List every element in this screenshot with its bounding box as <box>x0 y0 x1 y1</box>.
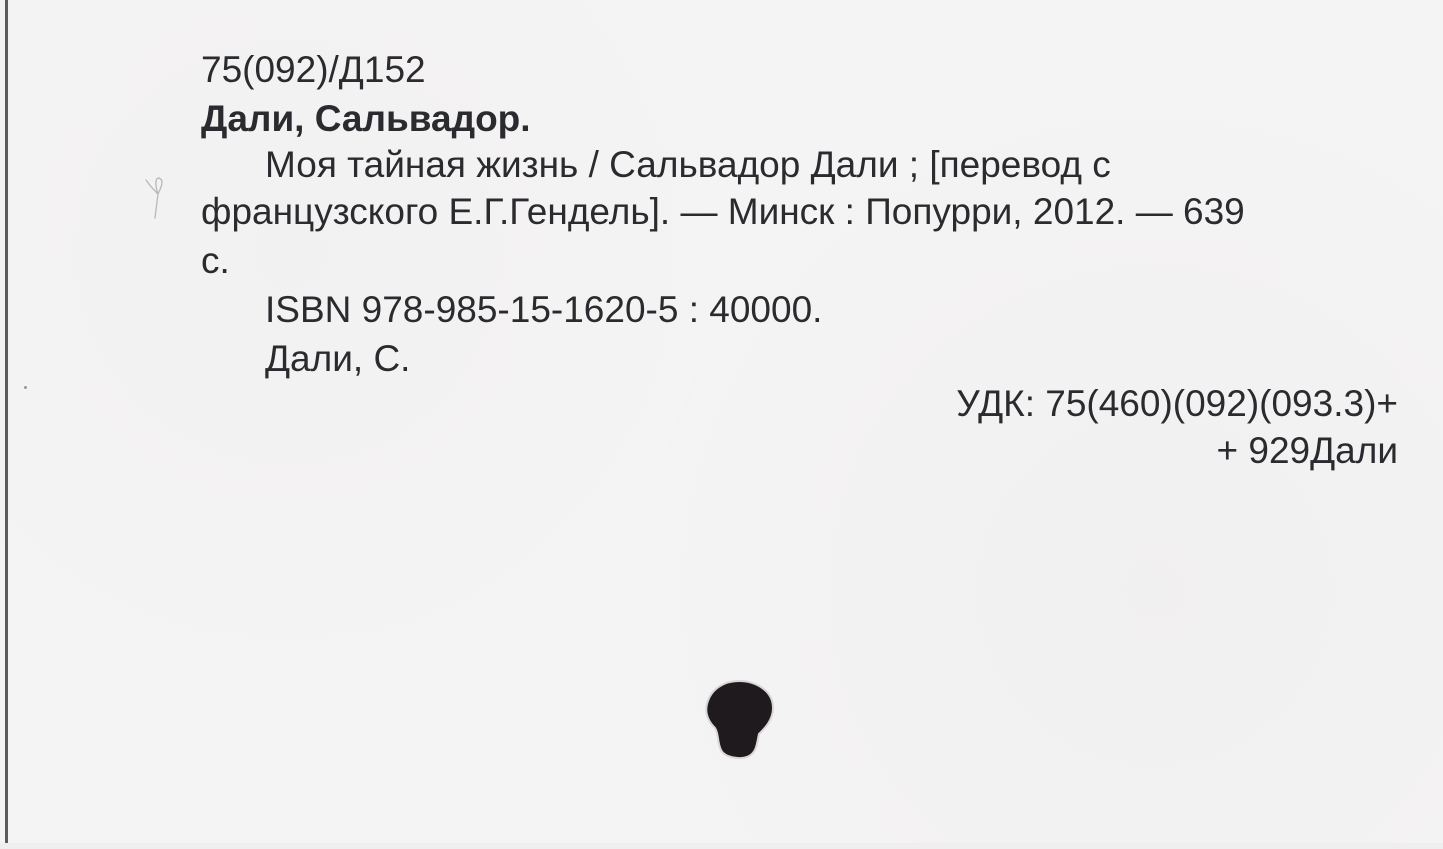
udc-classification-line-1: УДК: 75(460)(092)(093.3)+ <box>956 379 1398 428</box>
title-statement-line-3: с. <box>201 236 230 285</box>
card-left-edge <box>5 0 8 843</box>
isbn-price: ISBN 978-985-15-1620-5 : 40000. <box>265 285 822 334</box>
punch-hole-icon <box>703 676 775 760</box>
author-tracing: Дали, С. <box>265 334 410 383</box>
catalog-card: 75(092)/Д152 Дали, Сальвадор. Моя тайная… <box>0 0 1443 843</box>
call-number: 75(092)/Д152 <box>201 45 426 94</box>
title-statement-line-2: французского Е.Г.Гендель]. — Минск : Поп… <box>201 187 1245 236</box>
pencil-mark-icon <box>142 172 172 228</box>
paper-speck <box>24 386 27 389</box>
author-heading: Дали, Сальвадор. <box>201 94 531 143</box>
udc-classification-line-2: + 929Дали <box>1216 426 1398 475</box>
title-statement-line-1: Моя тайная жизнь / Сальвадор Дали ; [пер… <box>265 140 1111 189</box>
